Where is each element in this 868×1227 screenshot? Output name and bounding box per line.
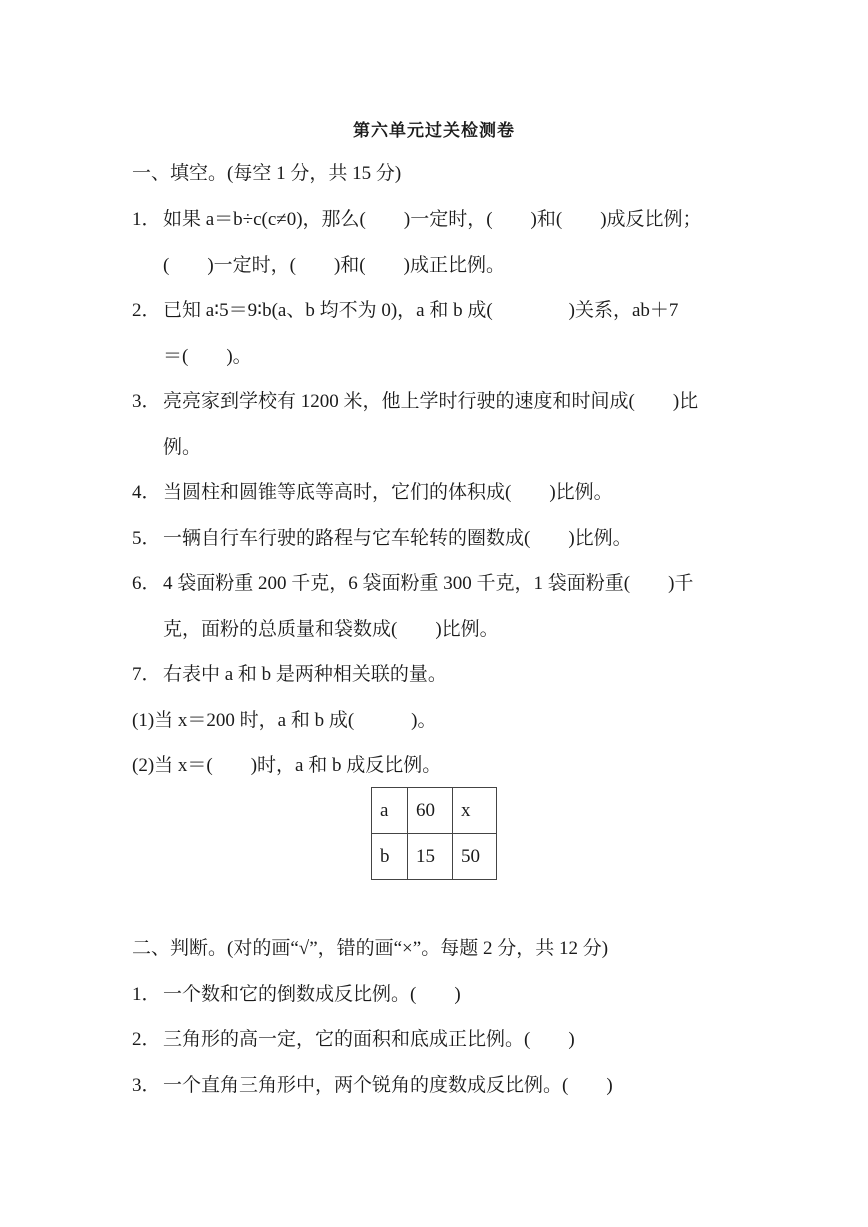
question-3-line-1: 3．亮亮家到学校有 1200 米，他上学时行驶的速度和时间成( )比 xyxy=(132,390,698,414)
table-cell: 15 xyxy=(408,834,453,880)
table-cell: x xyxy=(453,788,497,834)
table-cell: a xyxy=(372,788,408,834)
judge-question-1: 1．一个数和它的倒数成反比例。( ) xyxy=(132,983,461,1007)
question-7-sub-2: (2)当 x＝( )时，a 和 b 成反比例。 xyxy=(132,754,441,778)
question-6-line-2: 克，面粉的总质量和袋数成( )比例。 xyxy=(163,618,499,642)
question-text: 右表中 a 和 b 是两种相关联的量。 xyxy=(163,664,447,685)
table-cell: b xyxy=(372,834,408,880)
question-number: 1． xyxy=(132,983,163,1007)
question-3-line-2: 例。 xyxy=(163,436,201,460)
question-text: 三角形的高一定，它的面积和底成正比例。( ) xyxy=(163,1029,575,1050)
question-number: 5． xyxy=(132,527,163,551)
table-row: a 60 x xyxy=(372,788,497,834)
question-2-line-1: 2．已知 a∶5＝9∶b(a、b 均不为 0)，a 和 b 成( )关系，ab＋… xyxy=(132,299,678,323)
ab-value-table: a 60 x b 15 50 xyxy=(371,787,497,880)
question-text: 一个直角三角形中，两个锐角的度数成反比例。( ) xyxy=(163,1075,613,1096)
question-1-line-2: ( )一定时，( )和( )成正比例。 xyxy=(163,254,505,278)
question-number: 2． xyxy=(132,1028,163,1052)
question-number: 2． xyxy=(132,299,163,323)
question-5: 5．一辆自行车行驶的路程与它车轮转的圈数成( )比例。 xyxy=(132,527,632,551)
question-text: 已知 a∶5＝9∶b(a、b 均不为 0)，a 和 b 成( )关系，ab＋7 xyxy=(163,300,678,321)
question-number: 3． xyxy=(132,390,163,414)
judge-question-3: 3．一个直角三角形中，两个锐角的度数成反比例。( ) xyxy=(132,1074,613,1098)
question-text: 一个数和它的倒数成反比例。( ) xyxy=(163,984,461,1005)
section2-heading: 二、判断。(对的画“√”，错的画“×”。每题 2 分，共 12 分) xyxy=(132,937,608,961)
question-1-line-1: 1．如果 a＝b÷c(c≠0)，那么( )一定时，( )和( )成反比例； xyxy=(132,208,702,232)
section1-heading: 一、填空。(每空 1 分，共 15 分) xyxy=(132,162,401,186)
question-number: 3． xyxy=(132,1074,163,1098)
table-cell: 60 xyxy=(408,788,453,834)
judge-question-2: 2．三角形的高一定，它的面积和底成正比例。( ) xyxy=(132,1028,575,1052)
question-text: 亮亮家到学校有 1200 米，他上学时行驶的速度和时间成( )比 xyxy=(163,391,698,412)
question-text: 当圆柱和圆锥等底等高时，它们的体积成( )比例。 xyxy=(163,482,613,503)
question-number: 7． xyxy=(132,663,163,687)
question-text: 一辆自行车行驶的路程与它车轮转的圈数成( )比例。 xyxy=(163,528,632,549)
question-number: 1． xyxy=(132,208,163,232)
question-4: 4．当圆柱和圆锥等底等高时，它们的体积成( )比例。 xyxy=(132,481,613,505)
question-7-sub-1: (1)当 x＝200 时，a 和 b 成( )。 xyxy=(132,709,437,733)
question-2-line-2: ＝( )。 xyxy=(163,345,252,369)
table-row: b 15 50 xyxy=(372,834,497,880)
question-6-line-1: 6．4 袋面粉重 200 千克，6 袋面粉重 300 千克，1 袋面粉重( )千 xyxy=(132,572,693,596)
table-cell: 50 xyxy=(453,834,497,880)
question-text: 4 袋面粉重 200 千克，6 袋面粉重 300 千克，1 袋面粉重( )千 xyxy=(163,573,693,594)
question-number: 4． xyxy=(132,481,163,505)
question-number: 6． xyxy=(132,572,163,596)
question-text: 如果 a＝b÷c(c≠0)，那么( )一定时，( )和( )成反比例； xyxy=(163,209,702,230)
question-7: 7．右表中 a 和 b 是两种相关联的量。 xyxy=(132,663,447,687)
page-title: 第六单元过关检测卷 xyxy=(0,116,868,141)
